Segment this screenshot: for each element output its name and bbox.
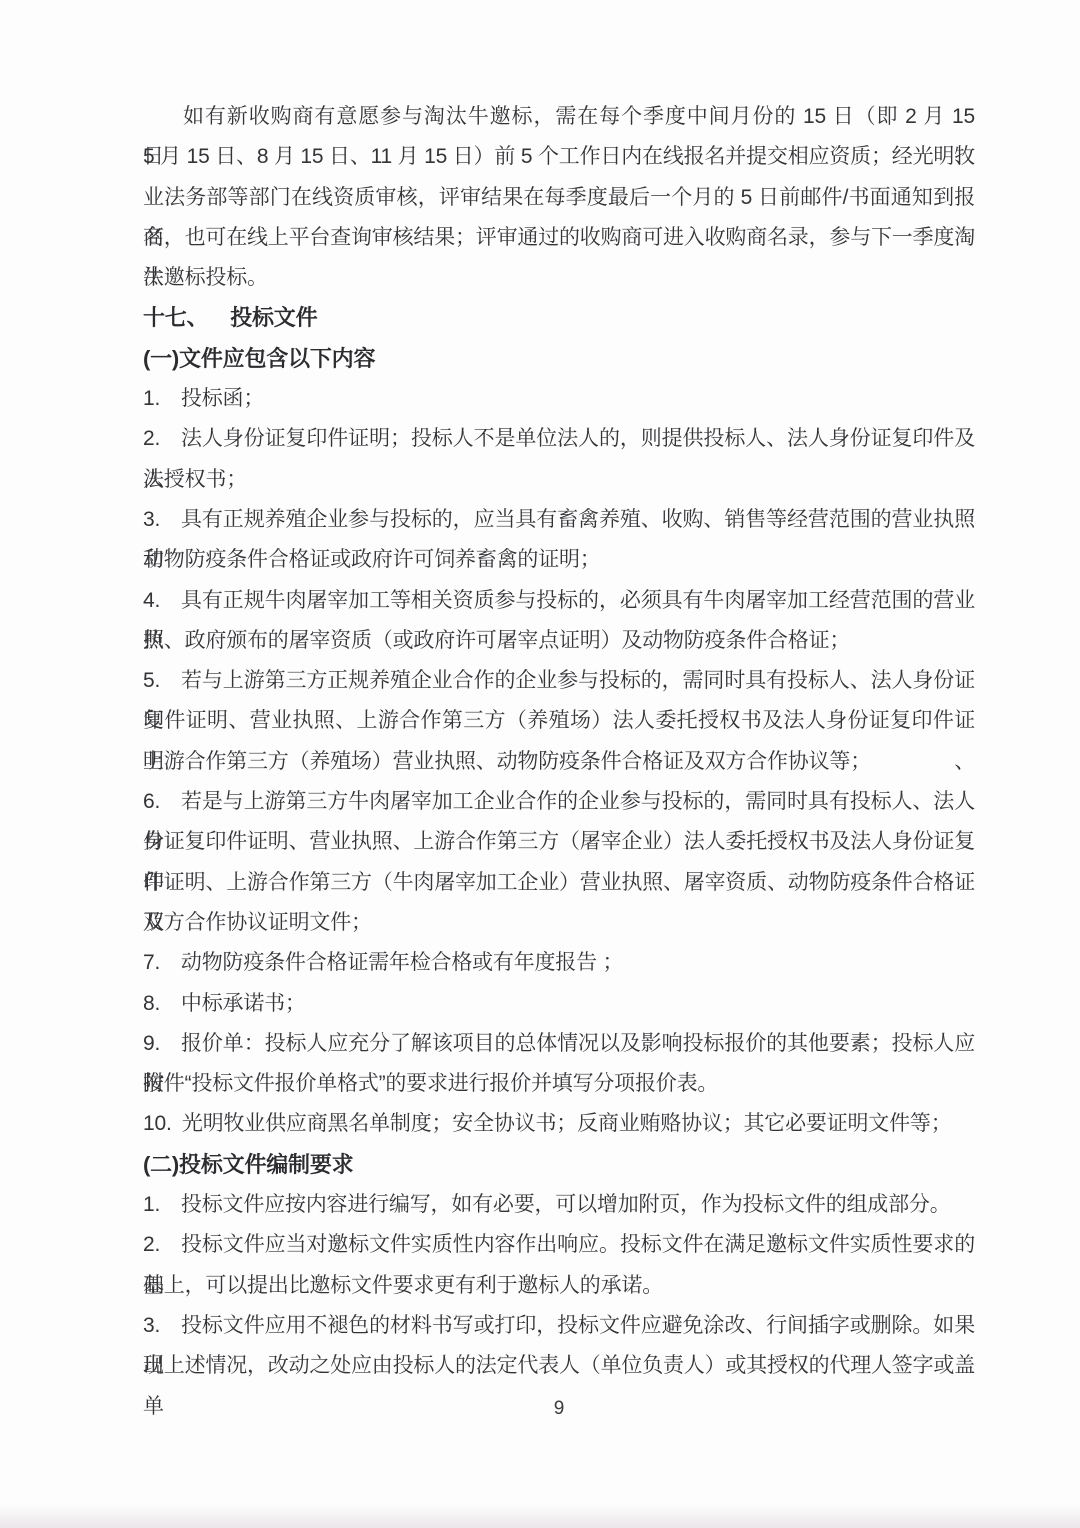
- text-line: 3. 具有正规养殖企业参与投标的，应当具有畜禽养殖、收购、销售等经营范围的营业执…: [143, 500, 975, 540]
- text-line: 现上述情况，改动之处应由投标人的法定代表人（单位负责人）或其授权的代理人签字或盖…: [143, 1346, 975, 1386]
- document-content: 如有新收购商有意愿参与淘汰牛邀标，需在每个季度中间月份的 15 日（即 2 月 …: [143, 97, 975, 1387]
- text-line: 础上，可以提出比邀标文件要求更有利于邀标人的承诺。: [143, 1266, 975, 1306]
- text-line: 份证复印件证明、营业执照、上游合作第三方（屠宰企业）法人委托授权书及法人身份证复…: [143, 822, 975, 862]
- text-line: 上游合作第三方（养殖场）营业执照、动物防疫条件合格证及双方合作协议等；: [143, 742, 975, 782]
- text-line: 2. 法人身份证复印件证明；投标人不是单位法人的，则提供投标人、法人身份证复印件…: [143, 419, 975, 459]
- page-number: 9: [143, 1392, 975, 1426]
- text-line: 照、政府颁布的屠宰资质（或政府许可屠宰点证明）及动物防疫条件合格证；: [143, 621, 975, 661]
- text-line: 5 月 15 日、8 月 15 日、11 月 15 日）前 5 个工作日内在线报…: [143, 137, 975, 177]
- text-line: 1. 投标文件应按内容进行编写，如有必要，可以增加附页，作为投标文件的组成部分。: [143, 1185, 975, 1225]
- text-line: 件证明、上游合作第三方（牛肉屠宰加工企业）营业执照、屠宰资质、动物防疫条件合格证…: [143, 863, 975, 903]
- text-line: 3. 投标文件应用不褪色的材料书写或打印，投标文件应避免涂改、行间插字或删除。如…: [143, 1306, 975, 1346]
- section-heading: (二)投标文件编制要求: [143, 1145, 975, 1185]
- section-heading: (一)文件应包含以下内容: [143, 339, 975, 379]
- text-line: 2. 投标文件应当对邀标文件实质性内容作出响应。投标文件在满足邀标文件实质性要求…: [143, 1225, 975, 1265]
- text-line: 牛邀标投标。: [143, 258, 975, 298]
- text-line: 4. 具有正规牛肉屠宰加工等相关资质参与投标的，必须具有牛肉屠宰加工经营范围的营…: [143, 581, 975, 621]
- text-line: 如有新收购商有意愿参与淘汰牛邀标，需在每个季度中间月份的 15 日（即 2 月 …: [143, 97, 975, 137]
- text-line: 商，也可在线上平台查询审核结果；评审通过的收购商可进入收购商名录，参与下一季度淘…: [143, 218, 975, 258]
- document-page: 如有新收购商有意愿参与淘汰牛邀标，需在每个季度中间月份的 15 日（即 2 月 …: [0, 0, 1080, 1528]
- text-line: 7. 动物防疫条件合格证需年检合格或有年度报告 ；: [143, 943, 975, 983]
- text-line: 人授权书；: [143, 460, 975, 500]
- text-line: 1. 投标函；: [143, 379, 975, 419]
- text-line: 6. 若是与上游第三方牛肉屠宰加工企业合作的企业参与投标的，需同时具有投标人、法…: [143, 782, 975, 822]
- text-line: 5. 若与上游第三方正规养殖企业合作的企业参与投标的，需同时具有投标人、法人身份…: [143, 661, 975, 701]
- text-line: 双方合作协议证明文件；: [143, 903, 975, 943]
- text-line: 动物防疫条件合格证或政府许可饲养畜禽的证明；: [143, 540, 975, 580]
- text-line: 9. 报价单：投标人应充分了解该项目的总体情况以及影响投标报价的其他要素；投标人…: [143, 1024, 975, 1064]
- text-line: 8. 中标承诺书；: [143, 984, 975, 1024]
- text-line: 10. 光明牧业供应商黑名单制度；安全协议书；反商业贿赂协议；其它必要证明文件等…: [143, 1104, 975, 1144]
- text-line: 业法务部等部门在线资质审核，评审结果在每季度最后一个月的 5 日前邮件/书面通知…: [143, 178, 975, 218]
- section-heading: 十七、 投标文件: [143, 298, 975, 338]
- text-line: 附件“投标文件报价单格式”的要求进行报价并填写分项报价表。: [143, 1064, 975, 1104]
- text-line: 印件证明、营业执照、上游合作第三方（养殖场）法人委托授权书及法人身份证复印件证明…: [143, 701, 975, 741]
